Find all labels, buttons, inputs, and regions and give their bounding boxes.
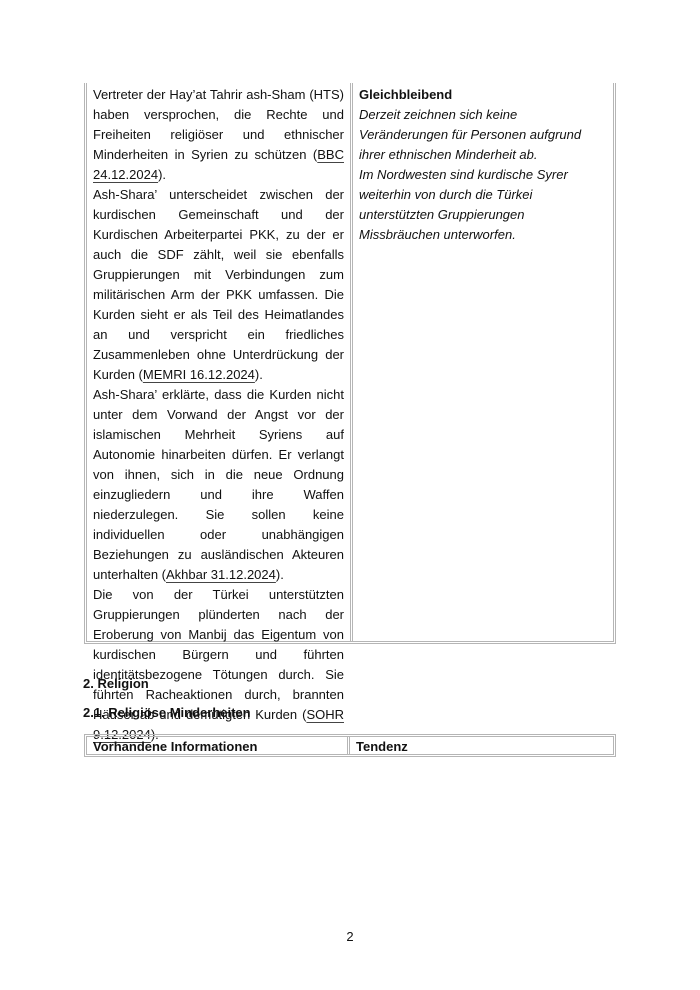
page-number: 2 [0,929,700,944]
section-heading: 2. Religion [83,676,149,691]
information-cell: Vertreter der Hay’at Tahrir ash-Sham (HT… [87,83,353,641]
paragraph-text: Ash-Shara’ erklärte, dass die Kurden nic… [93,387,344,582]
trend-note: Derzeit zeichnen sich keine Veränderunge… [359,105,607,165]
paragraph-text: Vertreter der Hay’at Tahrir ash-Sham (HT… [93,87,344,162]
trend-note: Im Nordwesten sind kurdische Syrer weite… [359,165,607,245]
paragraph-end: ). [276,567,284,582]
trend-cell: Gleichbleibend Derzeit zeichnen sich kei… [353,83,613,641]
religious-minorities-table: Vorhandene Informationen Tendenz [84,734,616,757]
paragraph: Vertreter der Hay’at Tahrir ash-Sham (HT… [93,85,344,185]
paragraph: Ash-Shara’ erklärte, dass die Kurden nic… [93,385,344,585]
paragraph: Die von der Türkei unterstützten Gruppie… [93,585,344,745]
column-header-information: Vorhandene Informationen [87,737,350,754]
paragraph: Ash-Shara’ unterscheidet zwischen der ku… [93,185,344,385]
source-link-memri[interactable]: MEMRI 16.12.2024 [143,367,255,382]
paragraph-text: Die von der Türkei unterstützten Gruppie… [93,587,344,722]
trend-label: Gleichbleibend [359,85,607,105]
column-header-trend: Tendenz [350,737,414,754]
paragraph-end: ). [158,167,166,182]
paragraph-end: ). [255,367,263,382]
paragraph-text: Ash-Shara’ unterscheidet zwischen der ku… [93,187,344,382]
subsection-heading: 2.1. Religiöse Minderheiten [83,705,251,720]
document-page: Vertreter der Hay’at Tahrir ash-Sham (HT… [0,0,700,990]
source-link-akhbar[interactable]: Akhbar 31.12.2024 [166,567,276,582]
ethnic-minorities-table-continued: Vertreter der Hay’at Tahrir ash-Sham (HT… [84,83,616,644]
